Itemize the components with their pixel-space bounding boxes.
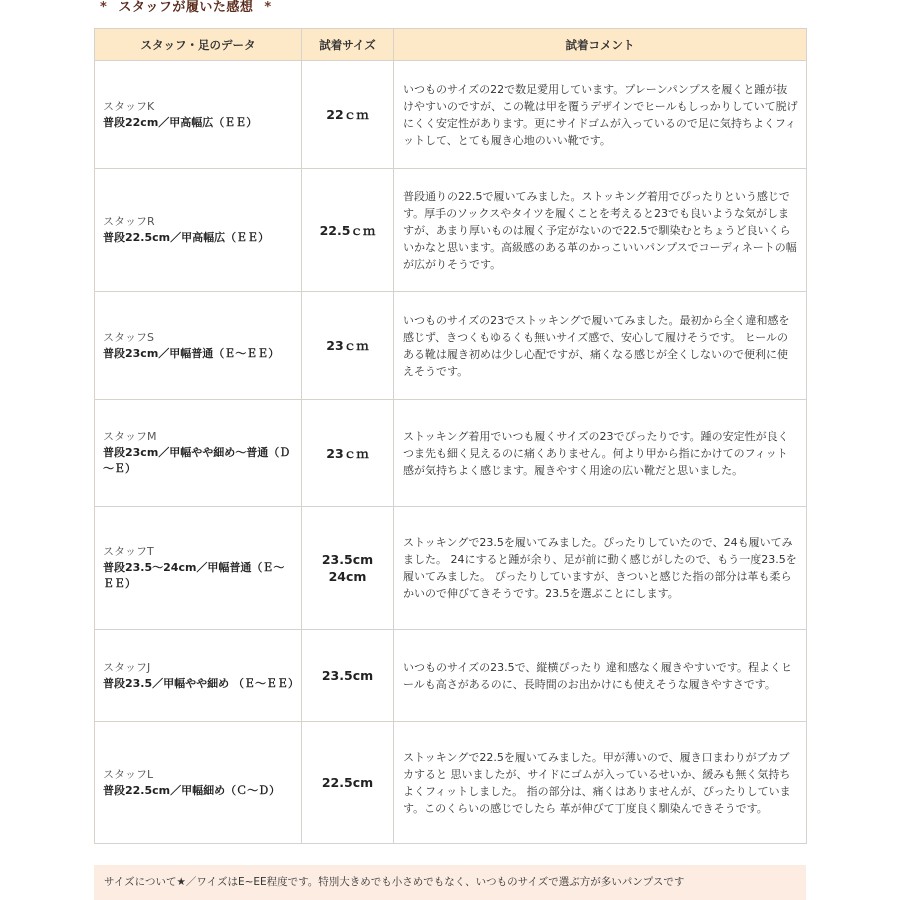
size-cell: 23.5cm	[302, 630, 394, 722]
comment-cell: いつものサイズの22で数足愛用しています。プレーンパンプスを履くと踵が抜けやすい…	[394, 61, 807, 169]
comment-cell: ストッキングで23.5を履いてみました。ぴったりしていたので、24も履いてみまし…	[394, 507, 807, 630]
fit-size: 23ｃｍ	[303, 337, 392, 354]
foot-data: 普段22cm／甲高幅広（ＥＥ）	[103, 115, 295, 131]
fit-size: 22.5cm	[303, 774, 392, 791]
fit-size: 23.5cm	[303, 551, 392, 568]
table-row: スタッフR 普段22.5cm／甲高幅広（ＥＥ） 22.5ｃｍ 普段通りの22.5…	[95, 169, 807, 292]
table-row: スタッフK 普段22cm／甲高幅広（ＥＥ） 22ｃｍ いつものサイズの22で数足…	[95, 61, 807, 169]
header-staff-data: スタッフ・足のデータ	[95, 29, 302, 61]
size-cell: 23ｃｍ	[302, 400, 394, 507]
comment-cell: ストッキング着用でいつも履くサイズの23でぴったりです。踵の安定性が良くつま先も…	[394, 400, 807, 507]
staff-name: スタッフM	[103, 429, 295, 445]
staff-name: スタッフK	[103, 99, 295, 115]
foot-data: 普段22.5cm／甲幅細め（Ｃ～Ｄ）	[103, 783, 295, 799]
staff-cell: スタッフS 普段23cm／甲幅普通（Ｅ～ＥＥ）	[95, 292, 302, 400]
header-fit-size: 試着サイズ	[302, 29, 394, 61]
staff-cell: スタッフR 普段22.5cm／甲高幅広（ＥＥ）	[95, 169, 302, 292]
staff-name: スタッフJ	[103, 660, 295, 676]
staff-cell: スタッフJ 普段23.5／甲幅やや細め （Ｅ～ＥＥ）	[95, 630, 302, 722]
staff-cell: スタッフT 普段23.5～24cm／甲幅普通（Ｅ～ＥＥ）	[95, 507, 302, 630]
comment-cell: いつものサイズの23でストッキングで履いてみました。最初から全く違和感を感じず、…	[394, 292, 807, 400]
staff-name: スタッフR	[103, 214, 295, 230]
header-fit-comment: 試着コメント	[394, 29, 807, 61]
asterisk-icon: *	[264, 0, 271, 15]
size-cell: 23.5cm 24cm	[302, 507, 394, 630]
comment-cell: 普段通りの22.5で履いてみました。ストッキング着用でぴったりという感じです。厚…	[394, 169, 807, 292]
table-header-row: スタッフ・足のデータ 試着サイズ 試着コメント	[95, 29, 807, 61]
fit-size: 23ｃｍ	[303, 445, 392, 462]
size-cell: 23ｃｍ	[302, 292, 394, 400]
fit-size: 22.5ｃｍ	[303, 222, 392, 239]
foot-data: 普段23cm／甲幅普通（Ｅ～ＥＥ）	[103, 346, 295, 362]
size-note-text: サイズについて★／ワイズはE~EE程度です。特別大きめでも小さめでもなく、いつも…	[104, 876, 684, 888]
size-cell: 22.5cm	[302, 722, 394, 844]
section-title-text: スタッフが履いた感想	[118, 0, 253, 15]
foot-data: 普段23.5／甲幅やや細め （Ｅ～ＥＥ）	[103, 676, 295, 692]
size-note: サイズについて★／ワイズはE~EE程度です。特別大きめでも小さめでもなく、いつも…	[94, 865, 806, 900]
size-cell: 22.5ｃｍ	[302, 169, 394, 292]
table-row: スタッフS 普段23cm／甲幅普通（Ｅ～ＥＥ） 23ｃｍ いつものサイズの23で…	[95, 292, 807, 400]
table-row: スタッフL 普段22.5cm／甲幅細め（Ｃ～Ｄ） 22.5cm ストッキングで2…	[95, 722, 807, 844]
table-row: スタッフT 普段23.5～24cm／甲幅普通（Ｅ～ＥＥ） 23.5cm 24cm…	[95, 507, 807, 630]
comment-cell: ストッキングで22.5を履いてみました。甲が薄いので、履き口まわりがブカブカする…	[394, 722, 807, 844]
staff-name: スタッフL	[103, 767, 295, 783]
staff-review-table: スタッフ・足のデータ 試着サイズ 試着コメント スタッフK 普段22cm／甲高幅…	[94, 28, 807, 844]
table-row: スタッフJ 普段23.5／甲幅やや細め （Ｅ～ＥＥ） 23.5cm いつものサイ…	[95, 630, 807, 722]
table-row: スタッフM 普段23cm／甲幅やや細め～普通（Ｄ～Ｅ） 23ｃｍ ストッキング着…	[95, 400, 807, 507]
staff-name: スタッフT	[103, 544, 295, 560]
foot-data: 普段23.5～24cm／甲幅普通（Ｅ～ＥＥ）	[103, 560, 295, 592]
asterisk-icon: *	[100, 0, 107, 15]
staff-cell: スタッフL 普段22.5cm／甲幅細め（Ｃ～Ｄ）	[95, 722, 302, 844]
foot-data: 普段23cm／甲幅やや細め～普通（Ｄ～Ｅ）	[103, 445, 295, 477]
staff-name: スタッフS	[103, 330, 295, 346]
staff-cell: スタッフM 普段23cm／甲幅やや細め～普通（Ｄ～Ｅ）	[95, 400, 302, 507]
fit-size-alt: 24cm	[303, 568, 392, 585]
foot-data: 普段22.5cm／甲高幅広（ＥＥ）	[103, 230, 295, 246]
fit-size: 23.5cm	[303, 667, 392, 684]
size-cell: 22ｃｍ	[302, 61, 394, 169]
comment-cell: いつものサイズの23.5で、縦横ぴったり 違和感なく履きやすいです。程よくヒール…	[394, 630, 807, 722]
fit-size: 22ｃｍ	[303, 106, 392, 123]
section-title: * スタッフが履いた感想 *	[94, 0, 278, 18]
staff-cell: スタッフK 普段22cm／甲高幅広（ＥＥ）	[95, 61, 302, 169]
